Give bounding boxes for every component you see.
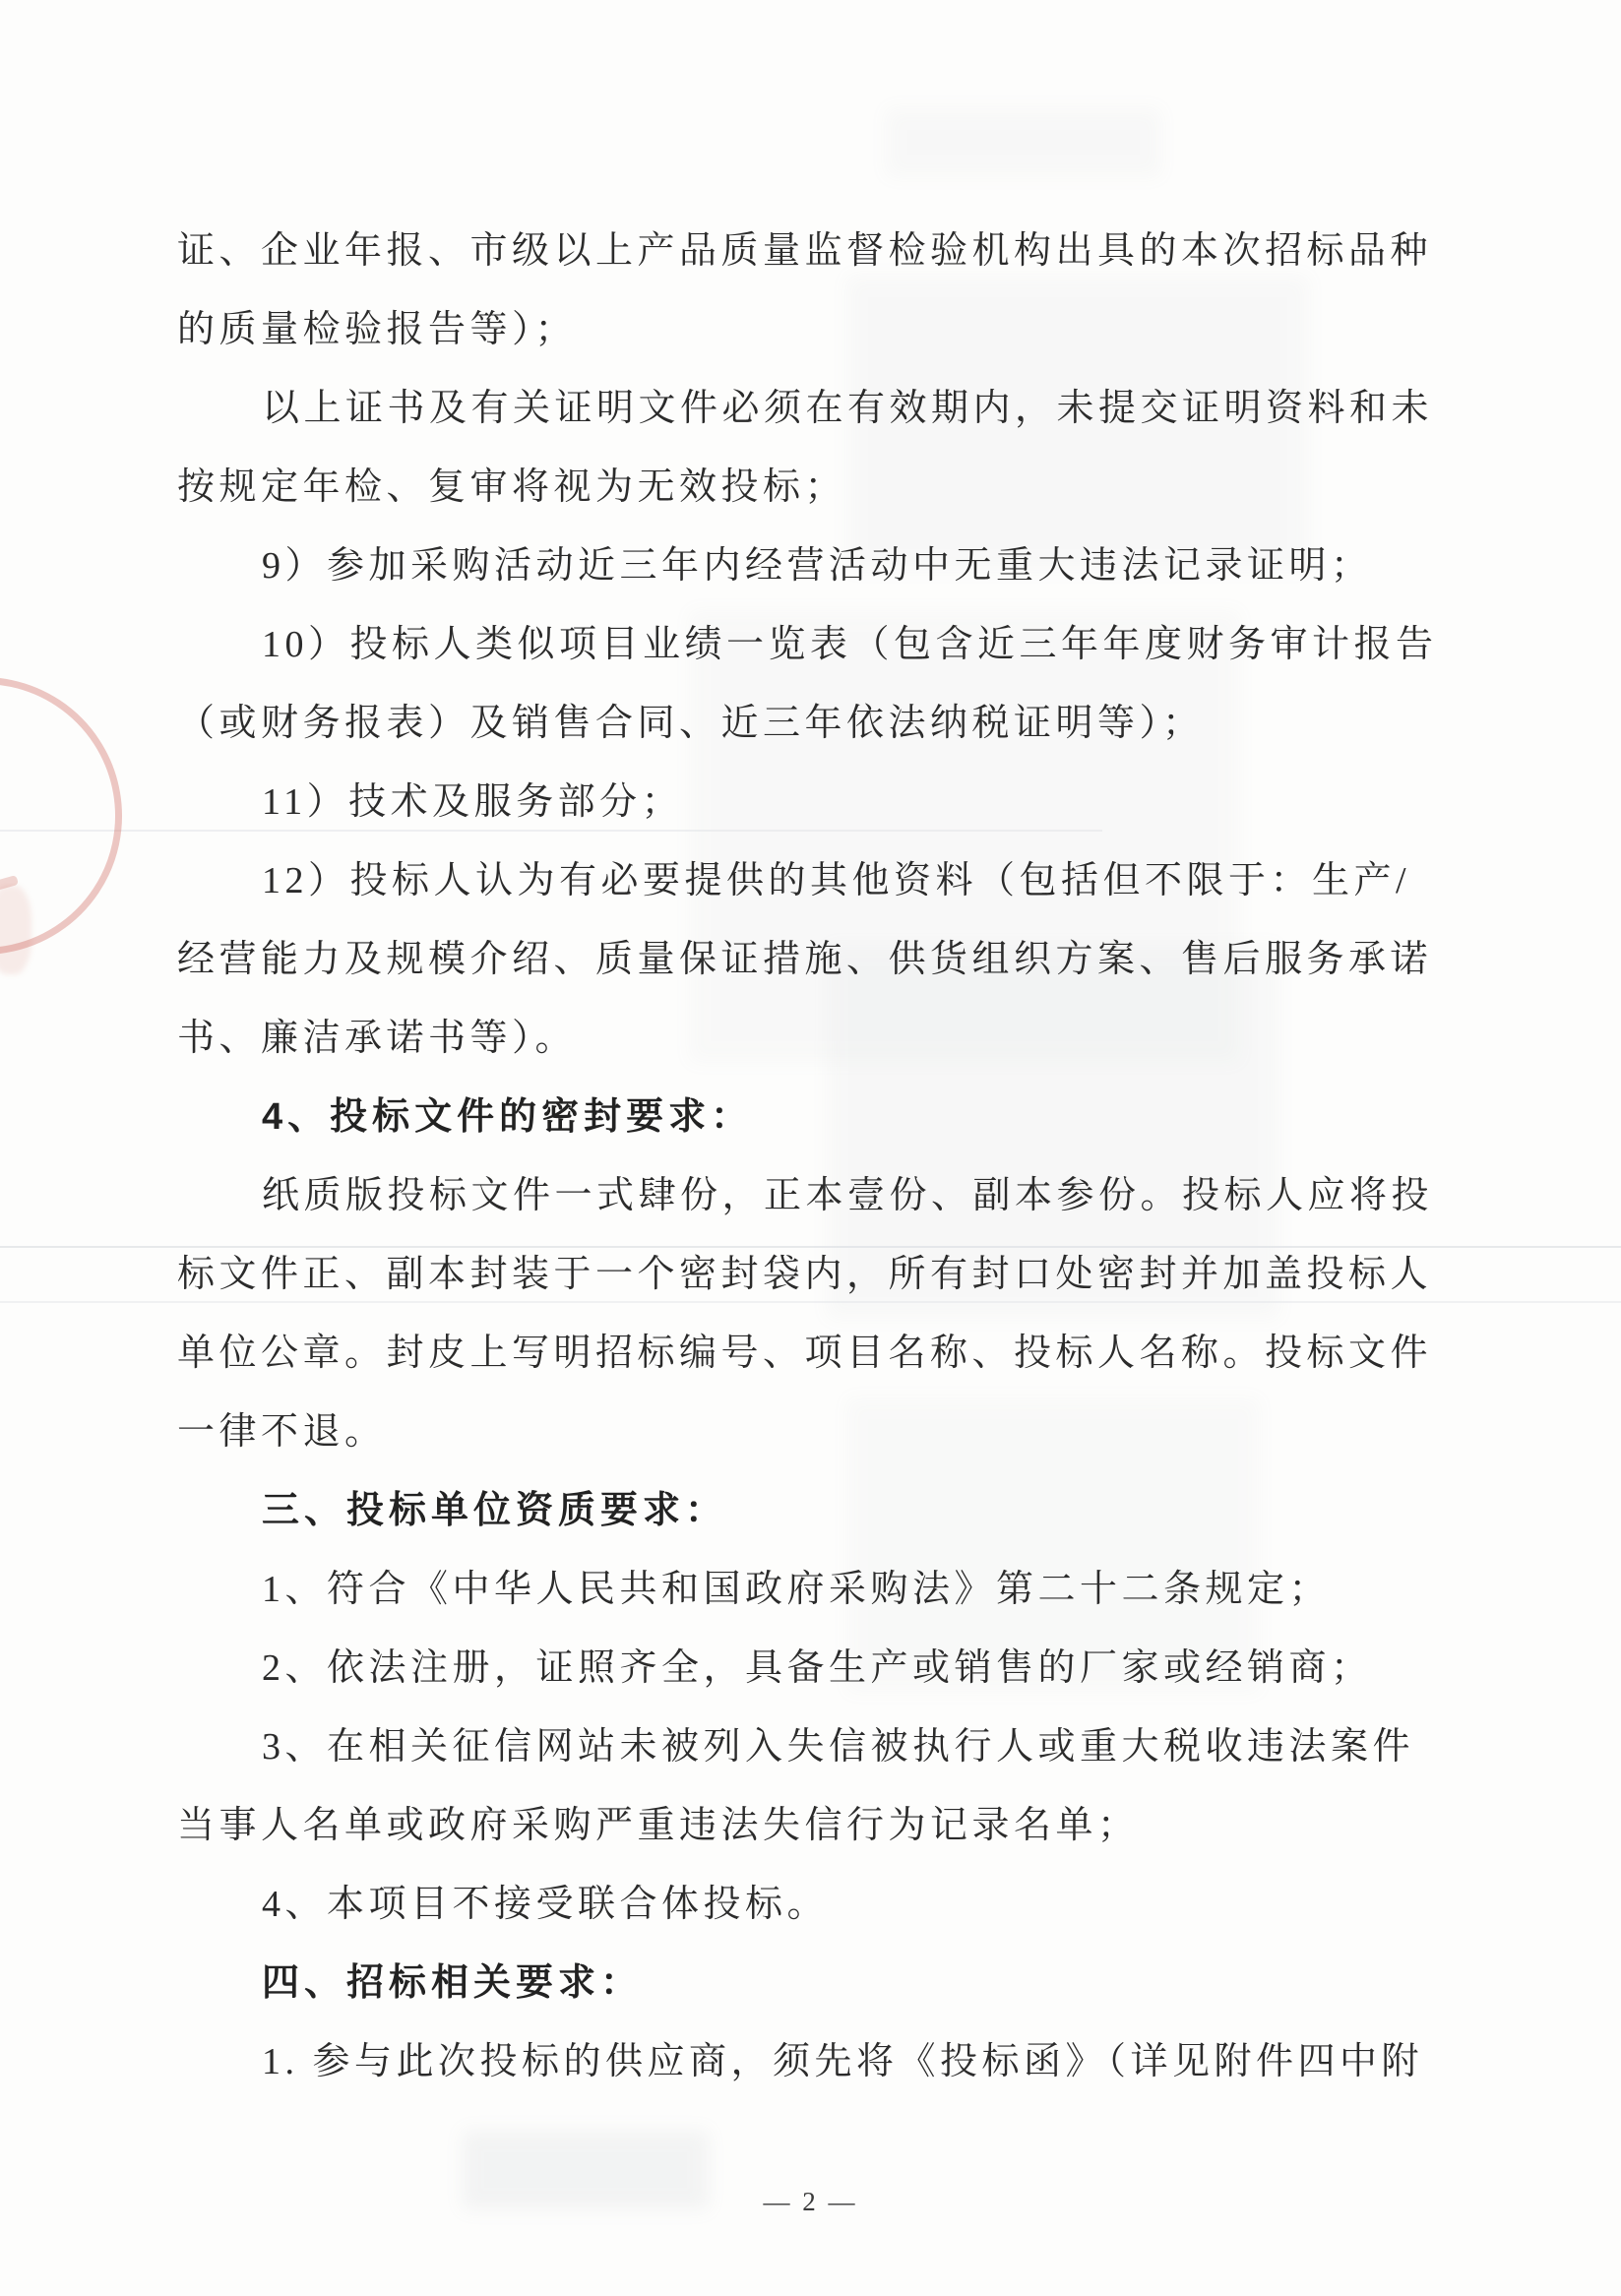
doc-line: 按规定年检、复审将视为无效投标； [177, 448, 1449, 527]
doc-line: 经营能力及规模介绍、质量保证措施、供货组织方案、售后服务承诺 [177, 920, 1449, 999]
page-number: — 2 — [0, 2187, 1621, 2217]
doc-list-item: 3、在相关征信网站未被列入失信被执行人或重大税收违法案件 [177, 1707, 1449, 1786]
doc-list-item: 9）参加采购活动近三年内经营活动中无重大违法记录证明； [177, 527, 1449, 605]
doc-line: 单位公章。封皮上写明招标编号、项目名称、投标人名称。投标文件 [177, 1314, 1449, 1393]
doc-line: （或财务报表）及销售合同、近三年依法纳税证明等）； [177, 684, 1449, 763]
doc-line: 纸质版投标文件一式肆份，正本壹份、副本参份。投标人应将投 [177, 1156, 1449, 1235]
document-page: 证、企业年报、市级以上产品质量监督检验机构出具的本次招标品种 的质量检验报告等）… [0, 0, 1621, 2296]
doc-list-item: 4、本项目不接受联合体投标。 [177, 1865, 1449, 1944]
doc-line: 的质量检验报告等）； [177, 290, 1449, 369]
doc-line: 以上证书及有关证明文件必须在有效期内，未提交证明资料和未 [177, 369, 1449, 448]
document-body: 证、企业年报、市级以上产品质量监督检验机构出具的本次招标品种 的质量检验报告等）… [177, 212, 1449, 2101]
doc-list-item: 10）投标人类似项目业绩一览表（包含近三年年度财务审计报告 [177, 605, 1449, 684]
doc-list-item: 12）投标人认为有必要提供的其他资料（包括但不限于：生产/ [177, 841, 1449, 920]
section-heading: 四、招标相关要求： [177, 1944, 1449, 2022]
doc-list-item: 1. 参与此次投标的供应商，须先将《投标函》（详见附件四中附 [177, 2022, 1449, 2101]
scan-artifact [886, 108, 1161, 177]
doc-list-item: 1、符合《中华人民共和国政府采购法》第二十二条规定； [177, 1550, 1449, 1629]
doc-list-item: 2、依法注册，证照齐全，具备生产或销售的厂家或经销商； [177, 1629, 1449, 1707]
doc-list-item: 11）技术及服务部分； [177, 763, 1449, 841]
section-heading: 三、投标单位资质要求： [177, 1471, 1449, 1550]
doc-line: 当事人名单或政府采购严重违法失信行为记录名单； [177, 1786, 1449, 1865]
doc-line: 证、企业年报、市级以上产品质量监督检验机构出具的本次招标品种 [177, 212, 1449, 290]
section-heading: 4、投标文件的密封要求： [177, 1078, 1449, 1156]
doc-line: 一律不退。 [177, 1393, 1449, 1471]
doc-line: 书、廉洁承诺书等）。 [177, 999, 1449, 1078]
doc-line: 标文件正、副本封装于一个密封袋内，所有封口处密封并加盖投标人 [177, 1235, 1449, 1314]
red-seal-fragment [0, 886, 31, 974]
